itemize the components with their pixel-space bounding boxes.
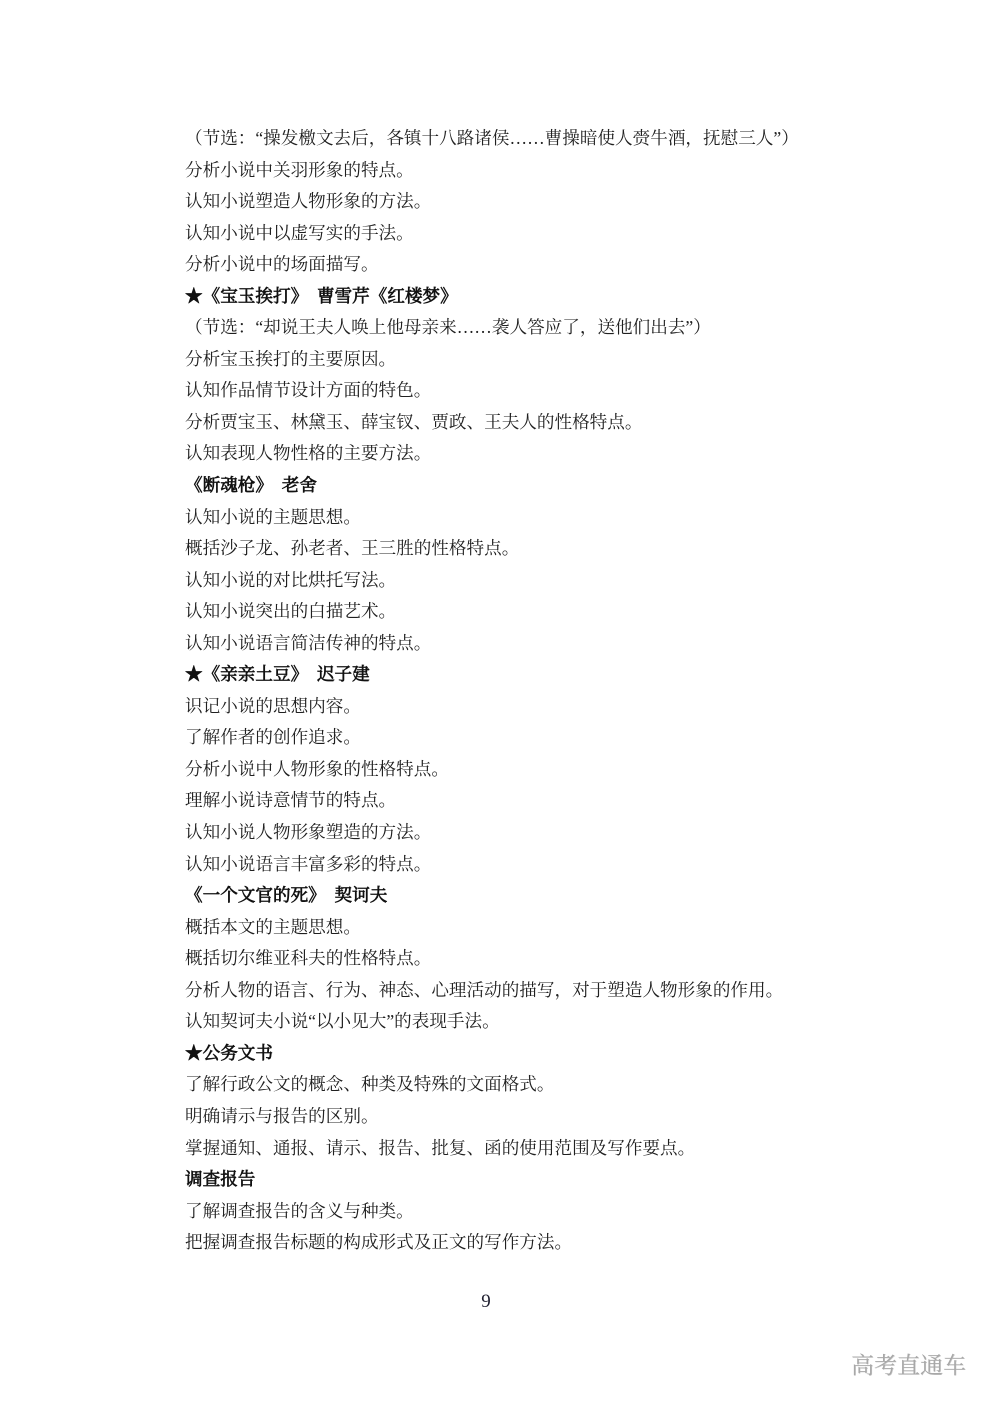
doc-line: 分析人物的语言、行为、神态、心理活动的描写，对于塑造人物形象的作用。 (185, 975, 975, 1007)
doc-line: 认知小说中以虚写实的手法。 (185, 218, 975, 250)
doc-line: 认知小说语言简洁传神的特点。 (185, 628, 975, 660)
doc-line: 认知表现人物性格的主要方法。 (185, 438, 975, 470)
doc-line: 理解小说诗意情节的特点。 (185, 785, 975, 817)
section-heading-wenguan-zhisi: 《一个文官的死》 契诃夫 (185, 880, 975, 912)
section-heading-diaocha-baogao: 调查报告 (185, 1164, 975, 1196)
doc-line: 概括切尔维亚科夫的性格特点。 (185, 943, 975, 975)
document-body: （节选：“操发檄文去后，各镇十八路诸侯……曹操暗使人赍牛酒，抚慰三人”） 分析小… (185, 123, 975, 1259)
section-heading-duanhunqiang: 《断魂枪》 老舍 (185, 470, 975, 502)
doc-line: 了解行政公文的概念、种类及特殊的文面格式。 (185, 1069, 975, 1101)
doc-line: 明确请示与报告的区别。 (185, 1101, 975, 1133)
doc-line: 把握调查报告标题的构成形式及正文的写作方法。 (185, 1227, 975, 1259)
doc-line: 认知小说的主题思想。 (185, 502, 975, 534)
doc-line: 了解作者的创作追求。 (185, 722, 975, 754)
doc-line: 分析小说中的场面描写。 (185, 249, 975, 281)
doc-line: 识记小说的思想内容。 (185, 691, 975, 723)
doc-line: 概括本文的主题思想。 (185, 912, 975, 944)
doc-line: （节选：“操发檄文去后，各镇十八路诸侯……曹操暗使人赍牛酒，抚慰三人”） (185, 123, 975, 155)
watermark-brand: 高考直通车 (851, 1347, 966, 1380)
doc-line: （节选：“却说王夫人唤上他母亲来……袭人答应了，送他们出去”） (185, 312, 975, 344)
doc-line: 概括沙子龙、孙老者、王三胜的性格特点。 (185, 533, 975, 565)
doc-line: 认知小说人物形象塑造的方法。 (185, 817, 975, 849)
doc-line: 掌握通知、通报、请示、报告、批复、函的使用范围及写作要点。 (185, 1133, 975, 1165)
doc-line: 分析小说中关羽形象的特点。 (185, 155, 975, 187)
doc-line: 分析贾宝玉、林黛玉、薛宝钗、贾政、王夫人的性格特点。 (185, 407, 975, 439)
page-number: 9 (0, 1291, 972, 1313)
doc-line: 认知契诃夫小说“以小见大”的表现手法。 (185, 1006, 975, 1038)
document-page: （节选：“操发檄文去后，各镇十八路诸侯……曹操暗使人赍牛酒，抚慰三人”） 分析小… (0, 0, 992, 1403)
doc-line: 了解调查报告的含义与种类。 (185, 1196, 975, 1228)
section-heading-gongwu-wenshu: ★公务文书 (185, 1038, 975, 1070)
section-heading-baoyu-aida: ★《宝玉挨打》 曹雪芹《红楼梦》 (185, 281, 975, 313)
doc-line: 分析小说中人物形象的性格特点。 (185, 754, 975, 786)
doc-line: 分析宝玉挨打的主要原因。 (185, 344, 975, 376)
doc-line: 认知小说的对比烘托写法。 (185, 565, 975, 597)
doc-line: 认知小说突出的白描艺术。 (185, 596, 975, 628)
section-heading-qinqin-tudou: ★《亲亲土豆》 迟子建 (185, 659, 975, 691)
doc-line: 认知作品情节设计方面的特色。 (185, 375, 975, 407)
doc-line: 认知小说语言丰富多彩的特点。 (185, 849, 975, 881)
doc-line: 认知小说塑造人物形象的方法。 (185, 186, 975, 218)
